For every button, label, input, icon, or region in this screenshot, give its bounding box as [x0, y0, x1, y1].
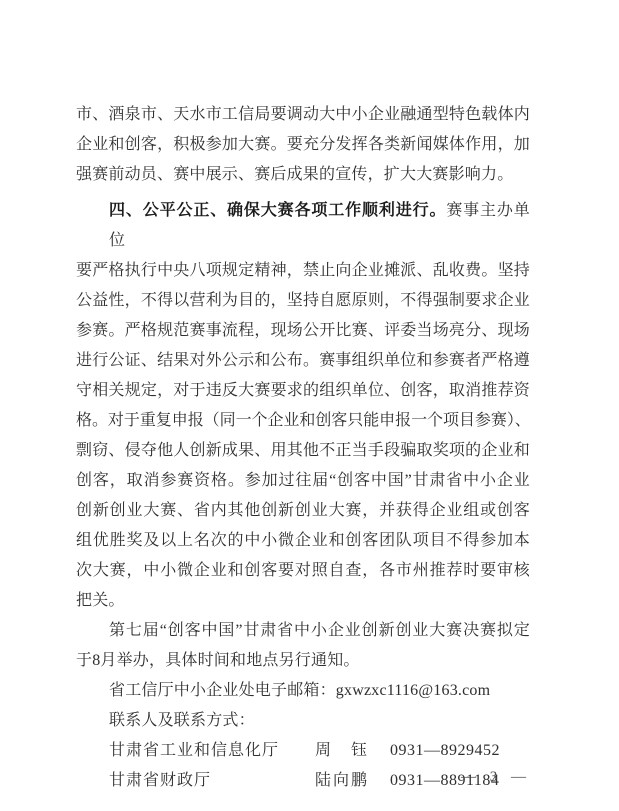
- document-line: 市、酒泉市、天水市工信局要调动大中小企业融通型特色载体内: [76, 100, 530, 130]
- document-line: 强赛前动员、赛中展示、赛后成果的宣传，扩大大赛影响力。: [76, 160, 530, 190]
- scanned-document-page: 市、酒泉市、天水市工信局要调动大中小企业融通型特色载体内企业和创客，积极参加大赛…: [0, 0, 619, 811]
- line-text: 强赛前动员、赛中展示、赛后成果的宣传，扩大大赛影响力。: [76, 166, 513, 183]
- line-text: 进行公证、结果对外公示和公布。赛事组织单位和参赛者严格遵: [76, 352, 530, 369]
- document-line: 把关。: [76, 586, 530, 616]
- document-line: 进行公证、结果对外公示和公布。赛事组织单位和参赛者严格遵: [76, 346, 530, 376]
- document-line: 格。对于重复申报（同一个企业和创客只能申报一个项目参赛）、: [76, 406, 530, 436]
- document-line: 参赛。严格规范赛事流程，现场公开比赛、评委当场亮分、现场: [76, 316, 530, 346]
- contact-line: 甘肃省工业和信息化厅周 钰0931—8929452: [76, 736, 530, 766]
- document-line: 省工信厅中小企业处电子邮箱：gxwzxc1116@163.com: [76, 676, 530, 706]
- line-text: 省工信厅中小企业处电子邮箱：gxwzxc1116@163.com: [109, 682, 490, 699]
- line-text: 联系人及联系方式：: [109, 712, 255, 729]
- document-line: 守相关规定，对于违反大赛要求的组织单位、创客，取消推荐资: [76, 376, 530, 406]
- line-text: 剽窃、侵夺他人创新成果、用其他不正当手段骗取奖项的企业和: [76, 442, 530, 459]
- line-text: 创客，取消参赛资格。参加过往届“创客中国”甘肃省中小企业: [76, 472, 530, 489]
- line-text: 企业和创客，积极参加大赛。要充分发挥各类新闻媒体作用，加: [76, 136, 530, 153]
- line-text: 于8月举办，具体时间和地点另行通知。: [76, 652, 360, 669]
- section-heading-bold-text: 四、公平公正、确保大赛各项工作顺利进行。: [109, 202, 446, 219]
- document-line: 第七届“创客中国”甘肃省中小企业创新创业大赛决赛拟定: [76, 616, 530, 646]
- line-text: 把关。: [76, 592, 125, 609]
- document-line: 组优胜奖及以上名次的中小微企业和创客团队项目不得参加本: [76, 526, 530, 556]
- document-body: 市、酒泉市、天水市工信局要调动大中小企业融通型特色载体内企业和创客，积极参加大赛…: [76, 100, 530, 796]
- line-text: 参赛。严格规范赛事流程，现场公开比赛、评委当场亮分、现场: [76, 322, 530, 339]
- document-line: 于8月举办，具体时间和地点另行通知。: [76, 646, 530, 676]
- line-text: 要严格执行中央八项规定精神，禁止向企业摊派、乱收费。坚持: [76, 262, 530, 279]
- line-text: 组优胜奖及以上名次的中小微企业和创客团队项目不得参加本: [76, 532, 530, 549]
- document-line: 公益性，不得以营利为目的，坚持自愿原则，不得强制要求企业: [76, 286, 530, 316]
- contact-person-name: 陆向鹏: [315, 766, 390, 796]
- document-line: 剽窃、侵夺他人创新成果、用其他不正当手段骗取奖项的企业和: [76, 436, 530, 466]
- section-heading-line: 四、公平公正、确保大赛各项工作顺利进行。赛事主办单位: [76, 196, 530, 256]
- line-text: 格。对于重复申报（同一个企业和创客只能申报一个项目参赛）、: [76, 412, 530, 429]
- contact-organization: 甘肃省财政厅: [109, 766, 315, 796]
- document-line: 要严格执行中央八项规定精神，禁止向企业摊派、乱收费。坚持: [76, 256, 530, 286]
- contact-person-name: 周 钰: [315, 736, 390, 766]
- line-text: 守相关规定，对于违反大赛要求的组织单位、创客，取消推荐资: [76, 382, 530, 399]
- line-text: 创新创业大赛、省内其他创新创业大赛，并获得企业组或创客: [76, 502, 530, 519]
- contact-phone-number: 0931—8929452: [390, 736, 530, 766]
- contact-organization: 甘肃省工业和信息化厅: [109, 736, 315, 766]
- line-text: 市、酒泉市、天水市工信局要调动大中小企业融通型特色载体内: [76, 106, 530, 123]
- line-text: 第七届“创客中国”甘肃省中小企业创新创业大赛决赛拟定: [109, 622, 530, 639]
- page-number: — 3 —: [461, 766, 528, 788]
- document-line: 次大赛，中小微企业和创客要对照自查，各市州推荐时要审核: [76, 556, 530, 586]
- line-text: 次大赛，中小微企业和创客要对照自查，各市州推荐时要审核: [76, 562, 530, 579]
- document-line: 创客，取消参赛资格。参加过往届“创客中国”甘肃省中小企业: [76, 466, 530, 496]
- document-line: 企业和创客，积极参加大赛。要充分发挥各类新闻媒体作用，加: [76, 130, 530, 160]
- document-line: 联系人及联系方式：: [76, 706, 530, 736]
- document-line: 创新创业大赛、省内其他创新创业大赛，并获得企业组或创客: [76, 496, 530, 526]
- line-text: 公益性，不得以营利为目的，坚持自愿原则，不得强制要求企业: [76, 292, 530, 309]
